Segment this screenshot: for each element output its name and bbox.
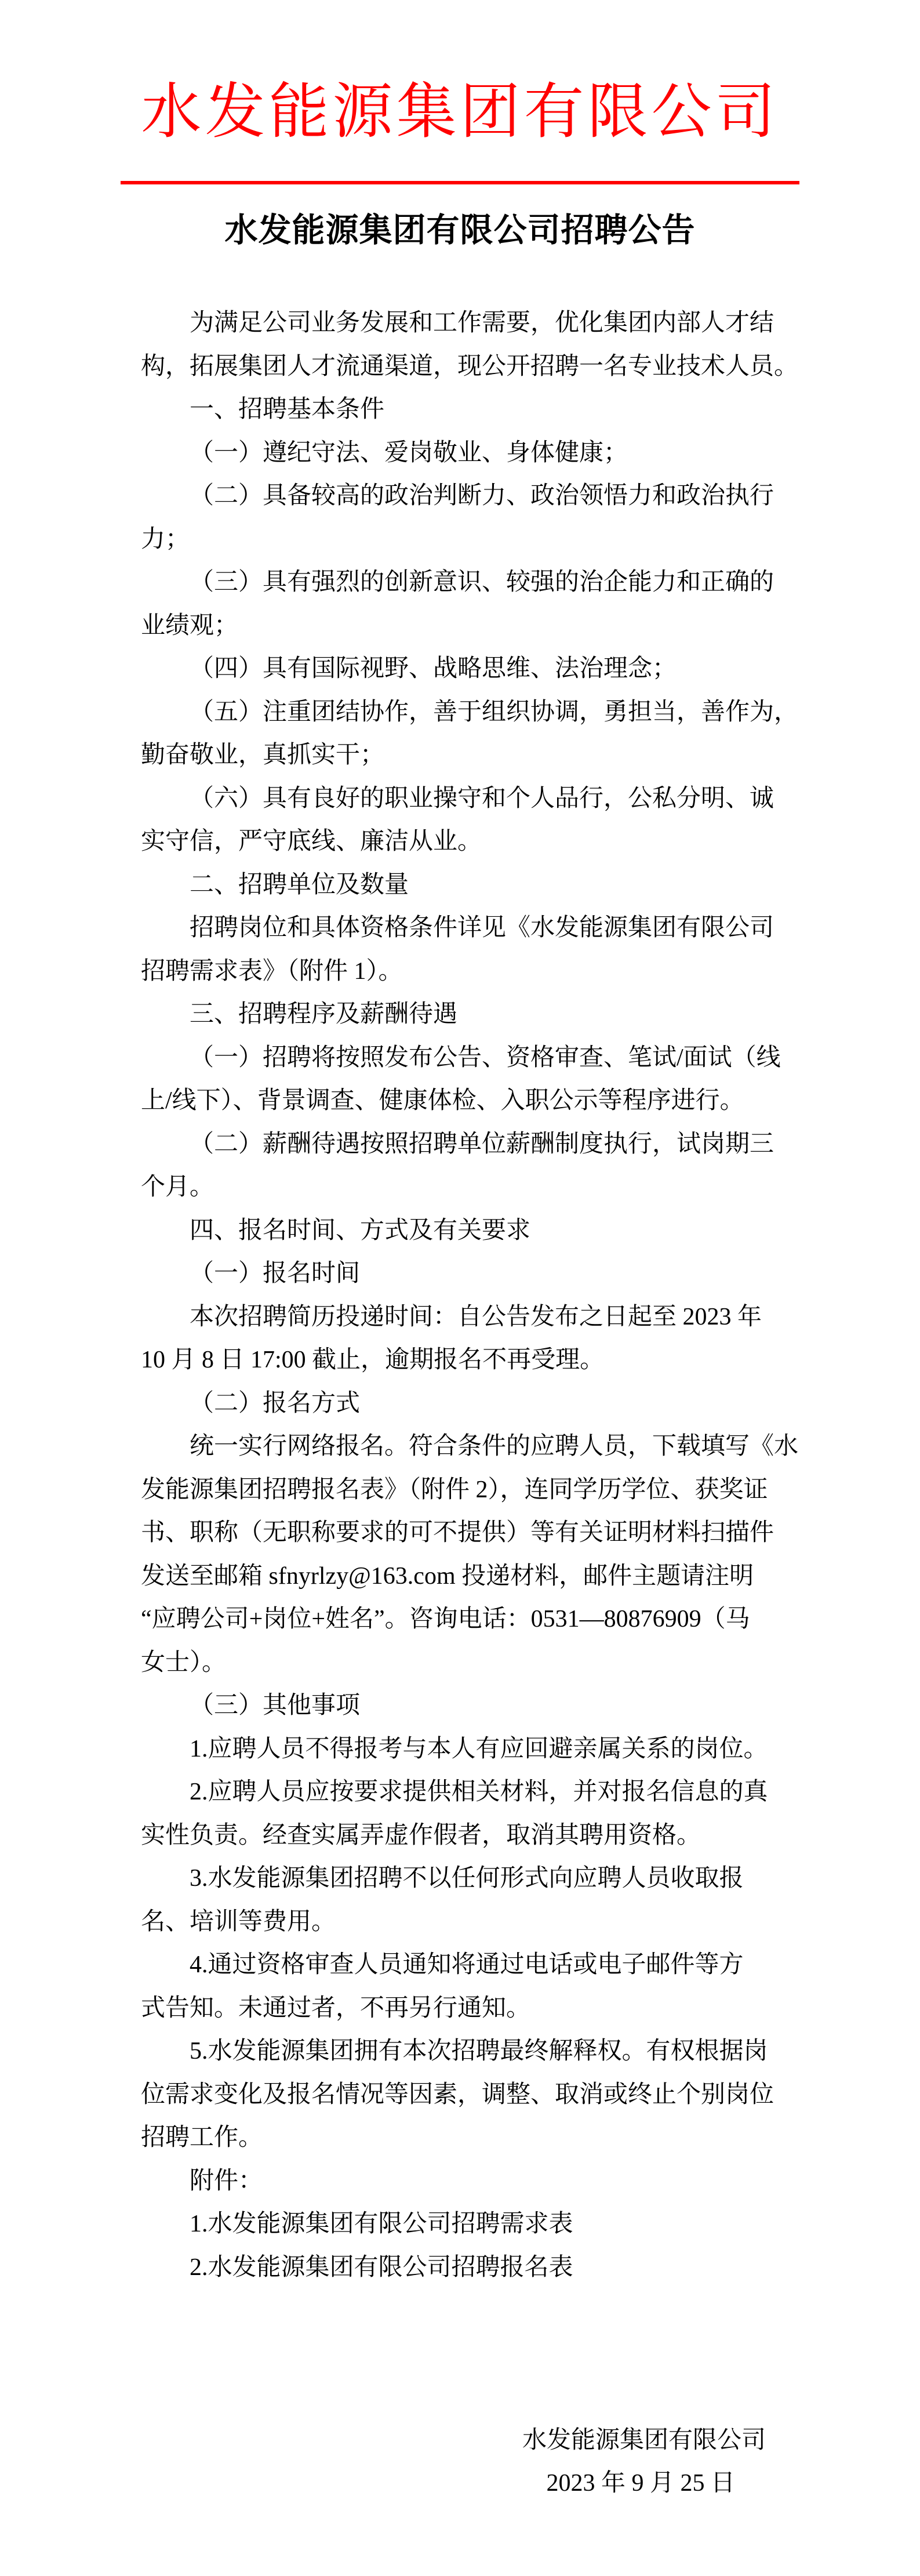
body-line: 统一实行网络报名。符合条件的应聘人员，下载填写《水	[141, 1425, 801, 1468]
body-line: 发能源集团招聘报名表》（附件 2），连同学历学位、获奖证	[141, 1468, 801, 1512]
body-line: 招聘岗位和具体资格条件详见《水发能源集团有限公司	[141, 906, 801, 950]
body-line: 一、招聘基本条件	[141, 388, 801, 431]
body-line: （一）遵纪守法、爱岗敬业、身体健康；	[141, 431, 801, 475]
body-line: （一）报名时间	[141, 1252, 801, 1296]
body-line: （三）具有强烈的创新意识、较强的治企能力和正确的	[141, 561, 801, 604]
body-line: 名、培训等费用。	[141, 1900, 801, 1944]
body-line: 勤奋敬业，真抓实干；	[141, 734, 801, 777]
body-line: 业绩观；	[141, 604, 801, 648]
body-line: （四）具有国际视野、战略思维、法治理念；	[141, 647, 801, 691]
body-line: 1.水发能源集团有限公司招聘需求表	[141, 2203, 801, 2246]
blank-line	[141, 2375, 801, 2419]
body-line: 2.应聘人员应按要求提供相关材料，并对报名信息的真	[141, 1770, 801, 1814]
body-line: 二、招聘单位及数量	[141, 863, 801, 907]
body-line: 实性负责。经查实属弄虚作假者，取消其聘用资格。	[141, 1814, 801, 1857]
red-divider-line	[121, 181, 799, 184]
body-line: （二）报名方式	[141, 1382, 801, 1425]
body-line: 书、职称（无职称要求的可不提供）等有关证明材料扫描件	[141, 1511, 801, 1555]
body-line: 招聘工作。	[141, 2116, 801, 2160]
body-line: 构，拓展集团人才流通渠道，现公开招聘一名专业技术人员。	[141, 345, 801, 389]
body-line: 个月。	[141, 1166, 801, 1209]
blank-line	[141, 2289, 801, 2332]
body-line: 位需求变化及报名情况等因素，调整、取消或终止个别岗位	[141, 2073, 801, 2117]
body-line: 2.水发能源集团有限公司招聘报名表	[141, 2246, 801, 2290]
announcement-title: 水发能源集团有限公司招聘公告	[0, 206, 920, 255]
body-line: 本次招聘简历投递时间：自公告发布之日起至 2023 年	[141, 1296, 801, 1339]
body-line: 10 月 8 日 17:00 截止，逾期报名不再受理。	[141, 1338, 801, 1382]
document-body: 为满足公司业务发展和工作需要，优化集团内部人才结构，拓展集团人才流通渠道，现公开…	[141, 302, 801, 2505]
body-line: 四、报名时间、方式及有关要求	[141, 1209, 801, 1253]
body-line: （三）其他事项	[141, 1684, 801, 1728]
company-banner-title: 水发能源集团有限公司	[0, 73, 920, 152]
body-line: （二）薪酬待遇按照招聘单位薪酬制度执行，试岗期三	[141, 1123, 801, 1166]
body-line: 上/线下）、背景调查、健康体检、入职公示等程序进行。	[141, 1079, 801, 1123]
body-line: 力；	[141, 518, 801, 561]
body-line: 实守信，严守底线、廉洁从业。	[141, 820, 801, 863]
body-line: 1.应聘人员不得报考与本人有应回避亲属关系的岗位。	[141, 1728, 801, 1771]
body-line: 5.水发能源集团拥有本次招聘最终解释权。有权根据岗	[141, 2030, 801, 2073]
body-line: （一）招聘将按照发布公告、资格审查、笔试/面试（线	[141, 1036, 801, 1080]
body-line: （二）具备较高的政治判断力、政治领悟力和政治执行	[141, 474, 801, 518]
body-line: 女士）。	[141, 1641, 801, 1685]
body-line: 发送至邮箱 sfnyrlzy@163.com 投递材料，邮件主题请注明	[141, 1555, 801, 1598]
body-line: （五）注重团结协作，善于组织协调，勇担当，善作为，	[141, 691, 801, 734]
body-line: 三、招聘程序及薪酬待遇	[141, 993, 801, 1036]
signature-company: 水发能源集团有限公司	[141, 2419, 801, 2462]
document-page: 水发能源集团有限公司 水发能源集团有限公司招聘公告 为满足公司业务发展和工作需要…	[0, 0, 920, 2576]
blank-line	[141, 2332, 801, 2376]
body-line: 附件：	[141, 2160, 801, 2203]
body-line: “应聘公司+岗位+姓名”。咨询电话：0531—80876909（马	[141, 1598, 801, 1641]
body-line: 3.水发能源集团招聘不以任何形式向应聘人员收取报	[141, 1857, 801, 1900]
body-line: 招聘需求表》（附件 1）。	[141, 950, 801, 993]
body-line: 4.通过资格审查人员通知将通过电话或电子邮件等方	[141, 1943, 801, 1987]
body-line: （六）具有良好的职业操守和个人品行，公私分明、诚	[141, 777, 801, 821]
signature-date: 2023 年 9 月 25 日	[141, 2462, 801, 2505]
body-line: 式告知。未通过者，不再另行通知。	[141, 1987, 801, 2030]
body-line: 为满足公司业务发展和工作需要，优化集团内部人才结	[141, 302, 801, 345]
